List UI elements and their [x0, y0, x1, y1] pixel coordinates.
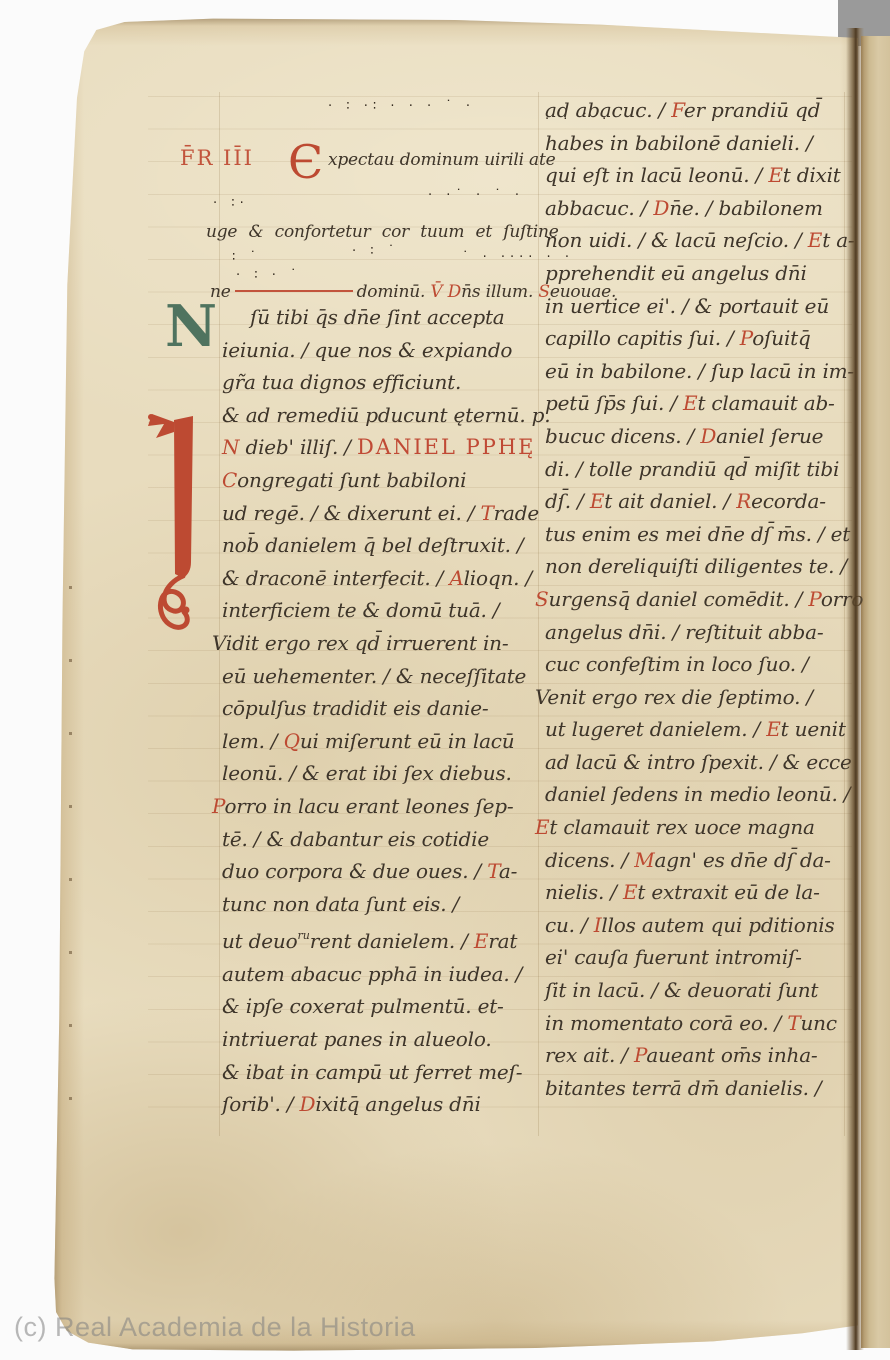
manuscript-text-line: tē. / & dabantur eis cotidie — [222, 823, 534, 856]
rubricated-text: E — [623, 880, 637, 904]
red-initial-i-drawing — [146, 412, 220, 652]
rubricated-text: D — [448, 282, 461, 302]
manuscript-text-line: bitantes terrā dm̄ danielis. / — [545, 1072, 851, 1105]
ink-text: capillo capitis ſui. / — [545, 326, 740, 350]
manuscript-text-line: ad lacū & intro ſpexit. / & ecce — [545, 746, 851, 779]
ink-text: ru — [297, 929, 309, 942]
rubricated-text: V̄ — [430, 282, 447, 302]
ink-text: t clamauit ab- — [697, 391, 834, 415]
ink-text: habes in babilonē danieli. / — [545, 131, 813, 155]
ink-text: unc — [800, 1011, 836, 1035]
manuscript-text-line: nob̄ danielem q̄ bel deſtruxit. / — [222, 529, 534, 562]
neume-notation-row: · ∶ ·∶ · · · ˙ · — [328, 99, 475, 114]
ink-text: gr̃a tua dignos efficiunt. — [222, 370, 461, 394]
manuscript-text-line: capillo capitis ſui. / Poſuitq̄ — [545, 322, 851, 355]
rubricated-text: F̄R IĪI — [180, 146, 254, 170]
ink-text: t ait daniel. / — [604, 489, 736, 513]
manuscript-text-line: autem abacuc pphā in iudea. / — [222, 958, 534, 991]
ink-text: ieiunia. / que nos & expiando — [222, 338, 512, 362]
ink-text: in momentato corā eo. / — [545, 1011, 787, 1035]
ink-text: rat — [488, 929, 517, 953]
book-gutter — [846, 28, 864, 1350]
ink-text: petū ſp̄s ſui. / — [545, 391, 683, 415]
manuscript-text-line: habes in babilonē danieli. / — [545, 127, 851, 160]
manuscript-text-line: pprehendit eū angelus dn̄i — [545, 257, 851, 290]
ink-text: uge & confortetur cor tuum et ſuſtine — [206, 222, 559, 242]
ink-text: ut deuo — [222, 929, 297, 953]
ink-text: Venit ergo rex die ſeptimo. / — [535, 685, 813, 709]
manuscript-text-line: ſorib'. / Dixitq̄ angelus dn̄i — [222, 1088, 534, 1121]
ink-text: & draconē interfecit. / — [222, 566, 449, 590]
ink-text: angelus dn̄i. / reſtituit abba- — [545, 620, 823, 644]
manuscript-text-line: in momentato corā eo. / Tunc — [545, 1007, 851, 1040]
ink-text: nielis. / — [545, 880, 623, 904]
ink-text: xpectau dominum uirili ate — [328, 150, 556, 170]
ink-text: ſū tibi q̄s dn̄e ſint accepta — [250, 305, 505, 329]
red-initial-i: I — [146, 412, 220, 652]
ink-text: rex ait. / — [545, 1043, 634, 1067]
manuscript-text-line: angelus dn̄i. / reſtituit abba- — [545, 616, 851, 649]
ink-text: bitantes terrā dm̄ danielis. / — [545, 1076, 822, 1100]
manuscript-text-line: abbacuc. / Dn̄e. / babilonem — [545, 192, 851, 225]
manuscript-text-line: ad abacuc. / Fer prandiū qd̄ — [545, 94, 851, 127]
ink-text: cuc confeſtim in loco ſuo. / — [545, 652, 809, 676]
ink-text: autem abacuc pphā in iudea. / — [222, 962, 522, 986]
rubricated-text: P — [740, 326, 752, 350]
rubricated-text: Є — [288, 135, 323, 189]
ink-text: interficiem te & domū tuā. / — [222, 598, 499, 622]
rubricated-text: R — [736, 489, 751, 513]
manuscript-text-line: eū uehementer. / & neceſſitate — [222, 660, 534, 693]
rubricated-text: T — [787, 1011, 800, 1035]
manuscript-text-line: dicens. / Magn' es dn̄e dſ̄ da- — [545, 844, 851, 877]
ink-text: ecorda- — [751, 489, 826, 513]
ink-text: & ad remediū pducunt ęternū. p. — [222, 403, 550, 427]
pricking-holes — [69, 586, 72, 1118]
ink-text: dicens. / — [545, 848, 634, 872]
manuscript-text-line: ſit in lacū. / & deuorati ſunt — [545, 974, 851, 1007]
ink-text: ei' cauſa fuerunt intromiſ- — [545, 945, 802, 969]
manuscript-photo: · ∶ ·∶ · · · ˙ · · · ˙ · · ∶· · ·˙ · ˙ ·… — [0, 0, 890, 1360]
rubricated-text: N — [222, 435, 239, 459]
manuscript-text-line: Surgensq̄ daniel comēdit. / Porro — [535, 583, 851, 616]
ink-text: Vidit ergo rex qd̄ irruerent in- — [212, 631, 508, 655]
rubricated-text: A — [449, 566, 463, 590]
neume-notation-row: · ∶ · ˙ — [236, 268, 302, 283]
neume-notation-row: ∶ ˙ — [232, 250, 261, 265]
neume-notation-row: · ∶ ˙ — [352, 244, 399, 259]
ink-text: ad lacū & intro ſpexit. / & ecce — [545, 750, 852, 774]
manuscript-text-line: leonū. / & erat ibi ſex diebus. — [222, 757, 534, 790]
left-text-column: ſū tibi q̄s dn̄e ſint acceptaieiunia. / … — [222, 301, 534, 1121]
rubricated-text: DANIEL PPHĘ — [357, 435, 536, 459]
rubricated-text: P — [634, 1043, 646, 1067]
manuscript-text-line: tunc non data ſunt eis. / — [222, 888, 534, 921]
ink-text: tus enim es mei dn̄e dſ̄ m̄s. / et — [545, 522, 850, 546]
manuscript-text-line: Venit ergo rex die ſeptimo. / — [535, 681, 851, 714]
ink-text: aniel ſerue — [716, 424, 823, 448]
ink-text: ixitq̄ angelus dn̄i — [315, 1092, 480, 1116]
ink-text: a- — [499, 859, 517, 883]
ink-text: dſ̄. / — [545, 489, 590, 513]
rubricated-text: M — [634, 848, 654, 872]
ink-text: rent danielem. / — [310, 929, 474, 953]
ink-text: aueant om̄s inha- — [646, 1043, 817, 1067]
manuscript-text-line: & ibat in campū ut ferret meſ- — [222, 1056, 534, 1089]
manuscript-text-line: petū ſp̄s ſui. / Et clamauit ab- — [545, 387, 851, 420]
rubricated-text: E — [590, 489, 604, 513]
ink-text: non uidi. / & lacū neſcio. / — [545, 228, 808, 252]
manuscript-text-line: eū in babilone. / ſup lacū in im- — [545, 355, 851, 388]
manuscript-text-line: interficiem te & domū tuā. / — [222, 594, 534, 627]
rubricated-text: E — [535, 815, 549, 839]
ink-text: ui miſerunt eū in lacū — [300, 729, 515, 753]
ink-text: t uenit — [781, 717, 846, 741]
ink-text: llos autem qui pditionis — [601, 913, 834, 937]
ink-text: ut lugeret danielem. / — [545, 717, 766, 741]
ink-text: eū uehementer. / & neceſſitate — [222, 664, 526, 688]
manuscript-text-line: intriuerat panes in alueolo. — [222, 1023, 534, 1056]
right-text-column: ad abacuc. / Fer prandiū qd̄habes in bab… — [545, 94, 851, 1104]
manuscript-text-line: & ipſe coxerat pulmentū. et- — [222, 990, 534, 1023]
ink-text: tunc non data ſunt eis. / — [222, 892, 459, 916]
manuscript-text-line: cōpulſus tradidit eis danie- — [222, 692, 534, 725]
rubricated-text: P — [212, 794, 224, 818]
adjacent-page-edge — [861, 36, 890, 1348]
manuscript-text-line: daniel ſedens in medio leonū. / — [545, 778, 851, 811]
ink-text: ſit in lacū. / & deuorati ſunt — [545, 978, 818, 1002]
ink-text: ſorib'. / — [222, 1092, 300, 1116]
ink-text: intriuerat panes in alueolo. — [222, 1027, 492, 1051]
ink-text: er prandiū qd̄ — [684, 98, 820, 122]
rubricated-text: E — [808, 228, 822, 252]
rubricated-text: E — [683, 391, 697, 415]
rubricated-text: E — [766, 717, 780, 741]
manuscript-text-line: gr̃a tua dignos efficiunt. — [222, 366, 534, 399]
rubricated-text: D — [300, 1092, 316, 1116]
manuscript-text-line: Et clamauit rex uoce magna — [535, 811, 851, 844]
ink-text: abbacuc. / — [545, 196, 653, 220]
ink-text: n̄e. / babilonem — [669, 196, 823, 220]
ink-text: rade — [494, 501, 539, 525]
manuscript-text-line: ut deuorurent danielem. / Erat — [222, 920, 534, 958]
green-initial-n: N — [165, 298, 217, 355]
manuscript-text-line: lem. / Qui miſerunt eū in lacū — [222, 725, 534, 758]
manuscript-text-line: N dieb' illiſ. / DANIEL PPHĘ — [222, 431, 534, 464]
ink-text: agn' es dn̄e dſ̄ da- — [654, 848, 830, 872]
ink-text: ud regē. / & dixerunt ei. / — [222, 501, 481, 525]
ink-text: lioqn. / — [464, 566, 532, 590]
manuscript-text-line: Vidit ergo rex qd̄ irruerent in- — [212, 627, 534, 660]
manuscript-text-line: rex ait. / Paueant om̄s inha- — [545, 1039, 851, 1072]
ink-text: duo corpora & due oues. / — [222, 859, 487, 883]
manuscript-text-line: ut lugeret danielem. / Et uenit — [545, 713, 851, 746]
rubricated-text: C — [222, 468, 237, 492]
manuscript-text-line: bucuc dicens. / Daniel ſerue — [545, 420, 851, 453]
ink-text: lem. / — [222, 729, 284, 753]
manuscript-text-line: F̄R IĪIЄxpectau dominum uirili ate — [180, 146, 555, 172]
ink-text: t extraxit eū de la- — [637, 880, 819, 904]
ink-text: tē. / & dabantur eis cotidie — [222, 827, 489, 851]
ink-text — [235, 290, 353, 292]
ink-text: di. / tolle prandiū qd̄ miſit tibi — [545, 457, 839, 481]
ink-text: t clamauit rex uoce magna — [549, 815, 814, 839]
rubricated-text: E — [474, 929, 488, 953]
ink-text: bucuc dicens. / — [545, 424, 700, 448]
rubricated-text: Q — [284, 729, 300, 753]
ink-text: daniel ſedens in medio leonū. / — [545, 782, 850, 806]
ink-text: dieb' illiſ. / — [239, 435, 357, 459]
manuscript-text-line: non uidi. / & lacū neſcio. / Et a- — [545, 224, 851, 257]
ink-text: nob̄ danielem q̄ bel deſtruxit. / — [222, 533, 524, 557]
manuscript-text-line: Porro in lacu erant leones ſep- — [212, 790, 534, 823]
manuscript-text-line: tus enim es mei dn̄e dſ̄ m̄s. / et — [545, 518, 851, 551]
rubricated-text: T — [487, 859, 499, 883]
ink-text: leonū. / & erat ibi ſex diebus. — [222, 761, 512, 785]
manuscript-text-line: & ad remediū pducunt ęternū. p. — [222, 399, 534, 432]
manuscript-text-line: dſ̄. / Et ait daniel. / Recorda- — [545, 485, 851, 518]
manuscript-text-line: di. / tolle prandiū qd̄ miſit tibi — [545, 453, 851, 486]
ink-text: non dereliquiſti diligentes te. / — [545, 554, 847, 578]
ink-text: qui eſt in lacū leonū. / — [545, 163, 768, 187]
manuscript-text-line: duo corpora & due oues. / Ta- — [222, 855, 534, 888]
rubricated-text: T — [481, 501, 494, 525]
manuscript-text-line: cu. / Illos autem qui pditionis — [545, 909, 851, 942]
ink-text: in uertice ei'. / & portauit eū — [545, 294, 829, 318]
ink-text: cu. / — [545, 913, 594, 937]
copyright-watermark: (c) Real Academia de la Historia — [14, 1312, 416, 1343]
manuscript-text-line: ud regē. / & dixerunt ei. / Trade — [222, 497, 534, 530]
ink-text: cōpulſus tradidit eis danie- — [222, 696, 488, 720]
manuscript-text-line: Congregati ſunt babiloni — [222, 464, 534, 497]
manuscript-text-line: ei' cauſa fuerunt intromiſ- — [545, 941, 851, 974]
manuscript-text-line: ſū tibi q̄s dn̄e ſint accepta — [222, 301, 534, 334]
manuscript-text-line: cuc confeſtim in loco ſuo. / — [545, 648, 851, 681]
ink-text: n̄s illum. — [461, 282, 538, 302]
manuscript-text-line: non dereliquiſti diligentes te. / — [545, 550, 851, 583]
rubricated-text: D — [700, 424, 716, 448]
rubricated-text: P — [808, 587, 820, 611]
ink-text: t dixit — [783, 163, 841, 187]
rubricated-text: E — [768, 163, 782, 187]
manuscript-text-line: qui eſt in lacū leonū. / Et dixit — [545, 159, 851, 192]
ink-text: dominū. — [357, 282, 431, 302]
ink-text: & ibat in campū ut ferret meſ- — [222, 1060, 522, 1084]
manuscript-text-line: ieiunia. / que nos & expiando — [222, 334, 534, 367]
ink-text: oſuitq̄ — [752, 326, 810, 350]
rubricated-text: S — [535, 587, 549, 611]
ink-text: ad abacuc. / — [545, 98, 671, 122]
rubricated-text: D — [653, 196, 669, 220]
neume-notation-row: · ∶· — [213, 196, 249, 211]
manuscript-text-line: uge & confortetur cor tuum et ſuſtine — [206, 222, 559, 242]
ink-text: orro in lacu erant leones ſep- — [224, 794, 513, 818]
ink-text: eū in babilone. / ſup lacū in im- — [545, 359, 854, 383]
ink-text: pprehendit eū angelus dn̄i — [545, 261, 807, 285]
neume-notation-row: · ·˙ · ˙ · — [428, 188, 524, 203]
manuscript-text-line: & draconē interfecit. / Alioqn. / — [222, 562, 534, 595]
manuscript-text-line: nielis. / Et extraxit eū de la- — [545, 876, 851, 909]
manuscript-text-line: in uertice ei'. / & portauit eū — [545, 290, 851, 323]
ink-text: urgensq̄ daniel comēdit. / — [549, 587, 809, 611]
ink-text: & ipſe coxerat pulmentū. et- — [222, 994, 504, 1018]
rubricated-text: F — [671, 98, 684, 122]
ink-text: ongregati ſunt babiloni — [237, 468, 466, 492]
